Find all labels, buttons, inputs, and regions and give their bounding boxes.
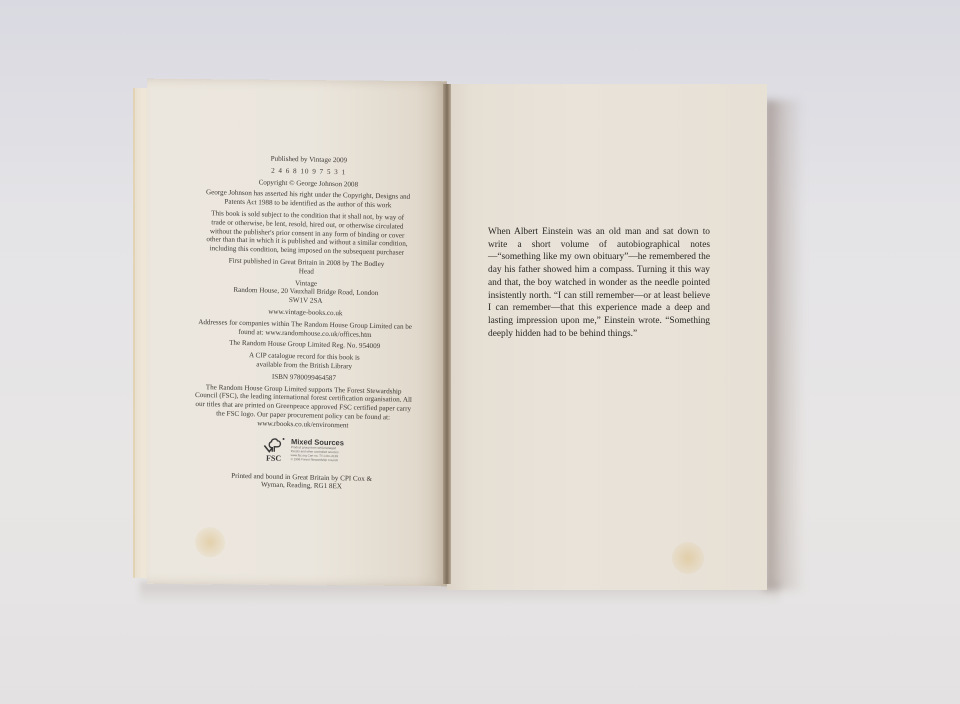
fsc-text: Mixed Sources Product group from well-ma…: [291, 438, 344, 463]
fsc-logo-label: FSC: [266, 454, 281, 462]
first-published-line: First published in Great Britain in 2008…: [197, 256, 415, 279]
paper-stain: [672, 542, 704, 574]
photo-scene: Published by Vintage 2009 2 4 6 8 10 9 7…: [0, 0, 960, 704]
author-rights-notice: George Johnson has asserted his right un…: [199, 188, 417, 211]
cip-record-notice: A CIP catalogue record for this book is …: [195, 350, 413, 373]
opening-paragraph-block: When Albert Einstein was an old man and …: [488, 226, 710, 340]
fsc-certification-mark: FSC Mixed Sources Product group from wel…: [193, 434, 412, 465]
printer-line: Printed and bound in Great Britain by CP…: [192, 470, 410, 493]
book-shadow-right: [764, 100, 804, 590]
publisher-address: Random House, 20 Vauxhall Bridge Road, L…: [197, 285, 415, 308]
fsc-support-notice: The Random House Group Limited supports …: [194, 382, 413, 431]
fsc-tree-checkmark-icon: [262, 436, 286, 455]
company-addresses-notice: Addresses for companies within The Rando…: [196, 318, 414, 341]
fsc-fine-print: Product group from well-managed forests …: [291, 446, 341, 462]
paper-stain: [195, 527, 225, 557]
book-gutter: [443, 84, 451, 584]
opening-paragraph: When Albert Einstein was an old man and …: [488, 226, 710, 340]
copyright-block: Published by Vintage 2009 2 4 6 8 10 9 7…: [192, 153, 418, 496]
fsc-logo: FSC: [261, 436, 288, 463]
sale-condition-notice: This book is sold subject to the conditi…: [198, 209, 417, 258]
